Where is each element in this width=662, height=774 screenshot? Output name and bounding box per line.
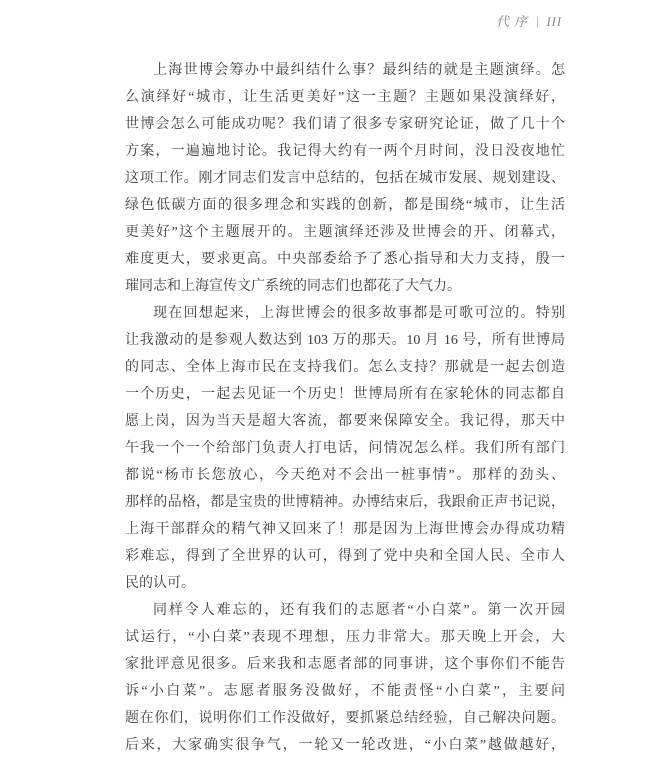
text-line: 试运行，“小白菜”表现不理想，压力非常大。那天晚上开会，大 (125, 624, 565, 651)
text-line: 让我激动的是参观人数达到 103 万的那天。10 月 16 号，所有世博局 (125, 327, 565, 354)
text-line: 现在回想起来，上海世博会的很多故事都是可歌可泣的。特别 (125, 300, 565, 327)
text-line: 一个历史，一起去见证一个历史！世博局所有在家轮休的同志都自 (125, 381, 565, 408)
page-number: III (547, 15, 563, 30)
paragraph: 同样令人难忘的，还有我们的志愿者“小白菜”。第一次开园 试运行，“小白菜”表现不… (125, 597, 565, 759)
running-header: 代序 | III (496, 11, 562, 30)
text-line: 更美好”这个主题展开的。主题演绎还涉及世博会的开、闭幕式， (125, 219, 565, 246)
text-line: 璀同志和上海宣传文广系统的同志们也都花了大气力。 (125, 273, 565, 300)
text-line: 都说“杨市长您放心，今天绝对不会出一桩事情”。那样的劲头、 (125, 462, 565, 489)
text-line: 民的认可。 (125, 570, 565, 597)
text-line: 绿色低碳方面的很多理念和实践的创新，都是围绕“城市，让生活 (125, 192, 565, 219)
text-line: 这项工作。刚才同志们发言中总结的，包括在城市发展、规划建设、 (125, 165, 565, 192)
text-line: 家批评意见很多。后来我和志愿者部的同事讲，这个事你们不能告 (125, 651, 565, 678)
text-line: 那样的品格，都是宝贵的世博精神。办博结束后，我跟俞正声书记说， (125, 489, 565, 516)
text-line: 后来，大家确实很争气，一轮又一轮改进，“小白菜”越做越好， (125, 732, 565, 759)
text-line: 方案，一遍遍地讨论。我记得大约有一两个月时间，没日没夜地忙 (125, 138, 565, 165)
book-page: 代序 | III 上海世博会筹办中最纠结什么事？最纠结的就是主题演绎。怎 么演绎… (0, 0, 662, 774)
text-line: 上海世博会筹办中最纠结什么事？最纠结的就是主题演绎。怎 (125, 57, 565, 84)
text-line: 愿上岗，因为当天是超大客流，都要来保障安全。我记得，那天中 (125, 408, 565, 435)
header-divider: | (536, 14, 538, 29)
text-line: 同样令人难忘的，还有我们的志愿者“小白菜”。第一次开园 (125, 597, 565, 624)
section-title: 代序 (496, 11, 532, 30)
text-line: 的同志、全体上海市民在支持我们。怎么支持？那就是一起去创造 (125, 354, 565, 381)
preface-body: 上海世博会筹办中最纠结什么事？最纠结的就是主题演绎。怎 么演绎好“城市，让生活更… (125, 57, 565, 759)
text-line: 么演绎好“城市，让生活更美好”这一主题？主题如果没演绎好， (125, 84, 565, 111)
paragraph: 上海世博会筹办中最纠结什么事？最纠结的就是主题演绎。怎 么演绎好“城市，让生活更… (125, 57, 565, 300)
text-line: 难度更大，要求更高。中央部委给予了悉心指导和大力支持，殷一 (125, 246, 565, 273)
paragraph: 现在回想起来，上海世博会的很多故事都是可歌可泣的。特别 让我激动的是参观人数达到… (125, 300, 565, 597)
text-line: 诉“小白菜”。志愿者服务没做好，不能责怪“小白菜”，主要问 (125, 678, 565, 705)
text-line: 彩难忘，得到了全世界的认可，得到了党中央和全国人民、全市人 (125, 543, 565, 570)
text-line: 题在你们，说明你们工作没做好，要抓紧总结经验，自己解决问题。 (125, 705, 565, 732)
text-line: 上海干部群众的精气神又回来了！那是因为上海世博会办得成功精 (125, 516, 565, 543)
text-line: 世博会怎么可能成功呢？我们请了很多专家研究论证，做了几十个 (125, 111, 565, 138)
text-line: 午我一个一个给部门负责人打电话，问情况怎么样。我们所有部门 (125, 435, 565, 462)
